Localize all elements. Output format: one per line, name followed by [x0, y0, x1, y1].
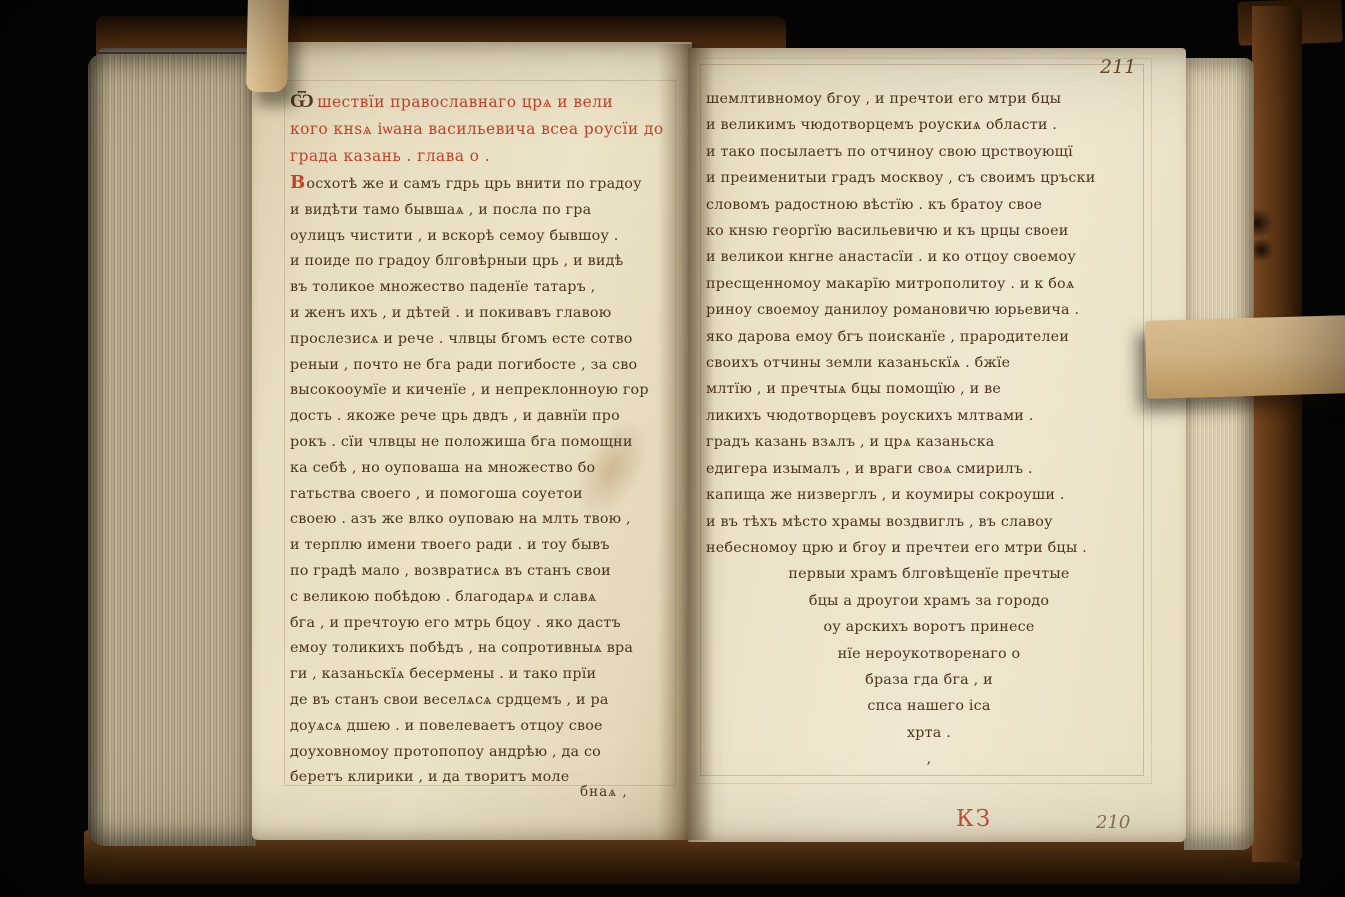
tapered-ending: первыи храмъ блговѣщенїе пречтыебцы а др… — [706, 561, 1152, 772]
left-page: Ѿшествїи православнаго црѧ и вели кого к… — [252, 42, 692, 840]
text-line: реныи , почто не бга ради погибосте , за… — [290, 353, 690, 379]
leather-cover-right — [1252, 6, 1302, 862]
photograph-background: Ѿшествїи православнаго црѧ и вели кого к… — [0, 0, 1345, 897]
text-line: своихъ отчины земли казаньскїѧ . бжїе — [706, 350, 1152, 376]
text-line: небесномоу црю и бгоу и пречтеи его мтри… — [706, 535, 1152, 561]
text-line: въ толикое множество паденїе татаръ , — [290, 275, 690, 301]
text-line: гатьства своего , и помогоша соуетои — [290, 482, 690, 508]
text-line: де въ станъ свои веселѧсѧ срдцемъ , и ра — [290, 688, 690, 714]
left-page-body: Восхотѣ же и самъ гдрь црь внити по град… — [290, 170, 690, 791]
heading-initial: Ѿ — [290, 90, 314, 112]
text-line: доуѧсѧ дшею . и повелеваетъ отцоу свое — [290, 714, 690, 740]
body-initial: В — [290, 172, 305, 193]
text-line: нїе нероукотворенаго о — [706, 641, 1152, 667]
text-line: емоу толикихъ побѣдъ , на сопротивныѧ вр… — [290, 636, 690, 662]
quire-mark: КЗ — [956, 806, 992, 832]
wooden-stick-top — [246, 0, 289, 92]
text-line: с великою побѣдою . благодарѧ и славѧ — [290, 585, 690, 611]
text-line: пресщенномоу макарїю митрополитоу . и к … — [706, 271, 1152, 297]
catchword: бнаѧ , — [580, 784, 628, 800]
text-line: ко кнѕю георгїю васильевичю и къ црцы св… — [706, 218, 1152, 244]
text-line: по градѣ мало , возвратисѧ въ станъ свои — [290, 559, 690, 585]
left-page-text: Ѿшествїи православнаго црѧ и вели кого к… — [290, 88, 690, 791]
text-line: шемлтивномоу бгоу , и пречтои его мтри б… — [706, 86, 1152, 112]
text-line: и въ тѣхъ мѣсто храмы воздвиглъ , въ сла… — [706, 509, 1152, 535]
text-line: доуховномоу протопопоу андрѣю , да со — [290, 740, 690, 766]
text-line: яко дарова емоу бгъ поисканїе , прародит… — [706, 324, 1152, 350]
text-line: и великои кнгне анастасїи . и ко отцоу с… — [706, 244, 1152, 270]
fore-edge-right — [1184, 58, 1254, 850]
text-line: и преименитыи градъ москвоу , съ своимъ … — [706, 165, 1152, 191]
text-line: бцы а дроугои храмъ за городо — [706, 588, 1152, 614]
body-text: осхотѣ же и самъ гдрь црь внити по градо… — [306, 176, 641, 192]
text-line: ги , казаньскїѧ бесермены . и тако прїи — [290, 662, 690, 688]
text-line: ка себѣ , но оуповаша на множество бо — [290, 456, 690, 482]
chapter-heading: Ѿшествїи православнаго црѧ и вели кого к… — [290, 88, 690, 170]
heading-text: шествїи православнаго црѧ и вели — [317, 93, 613, 111]
text-line: градъ казань взѧлъ , и црѧ казаньска — [706, 429, 1152, 455]
text-line: своею . азъ же влко оуповаю на млть твою… — [290, 507, 690, 533]
text-line: Восхотѣ же и самъ гдрь црь внити по град… — [290, 170, 690, 198]
right-body-lines: шемлтивномоу бгоу , и пречтои его мтри б… — [706, 86, 1152, 561]
text-line: и видѣти тамо бывшаѧ , и посла по гра — [290, 198, 690, 224]
right-page-text: шемлтивномоу бгоу , и пречтои его мтри б… — [706, 86, 1152, 773]
text-line: первыи храмъ блговѣщенїе пречтые — [706, 561, 1152, 587]
text-line: дость . якоже рече црь двдъ , и давнїи п… — [290, 404, 690, 430]
text-line: высокооумїе и киченїе , и непреклонноую … — [290, 378, 690, 404]
text-line: и женъ ихъ , и дѣтей . и покивавъ главою — [290, 301, 690, 327]
text-line: и тако посылаетъ по отчиноу свою црствоу… — [706, 139, 1152, 165]
text-line: рокъ . сїи члвцы не положиша бга помощни — [290, 430, 690, 456]
left-body-lines: и видѣти тамо бывшаѧ , и посла по граоул… — [290, 198, 690, 791]
text-line: риноу своемоу данилоу романовичю юрьевич… — [706, 297, 1152, 323]
text-line: млтїю , и пречтыѧ бцы помощїю , и ве — [706, 376, 1152, 402]
text-line: словомъ радостною вѣстїю . къ братоу сво… — [706, 192, 1152, 218]
heading-line: Ѿшествїи православнаго црѧ и вели — [290, 88, 690, 116]
text-line: спса нашего іса — [706, 693, 1152, 719]
fore-edge-left — [88, 54, 256, 846]
text-line: ликихъ чюдотворцевъ роускихъ млтвами . — [706, 403, 1152, 429]
text-line: браза гда бга , и — [706, 667, 1152, 693]
right-page: 211 шемлтивномоу бгоу , и пречтои его мт… — [688, 48, 1186, 842]
folio-number: 211 — [1100, 56, 1136, 78]
text-line: и терплю имени твоего ради . и тоу бывъ — [290, 533, 690, 559]
heading-line: града казань . глава о . — [290, 143, 690, 170]
heading-line: кого кнѕѧ іѡана васильевича всеа роусїи … — [290, 116, 690, 143]
wooden-stick-right — [1145, 315, 1345, 399]
text-line: беретъ клирики , и да творитъ моле — [290, 765, 690, 791]
text-line: и поиде по градоу блговѣрныи црь , и вид… — [290, 249, 690, 275]
text-line: капища же низверглъ , и коумиры сокроуши… — [706, 482, 1152, 508]
text-line: , — [706, 746, 1152, 772]
pencil-foliation: 210 — [1096, 812, 1130, 833]
text-line: бга , и пречтоую его мтрь бцоу . яко дас… — [290, 611, 690, 637]
text-line: оу арскихъ воротъ принесе — [706, 614, 1152, 640]
text-line: едигера изымалъ , и враги своѧ смирилъ . — [706, 456, 1152, 482]
text-line: оулицъ чистити , и вскорѣ семоу бывшоу . — [290, 224, 690, 250]
text-line: и великимъ чюдотворцемъ роускиѧ области … — [706, 112, 1152, 138]
text-line: прослезисѧ и рече . члвцы бгомъ есте сот… — [290, 327, 690, 353]
text-line: хрта . — [706, 720, 1152, 746]
